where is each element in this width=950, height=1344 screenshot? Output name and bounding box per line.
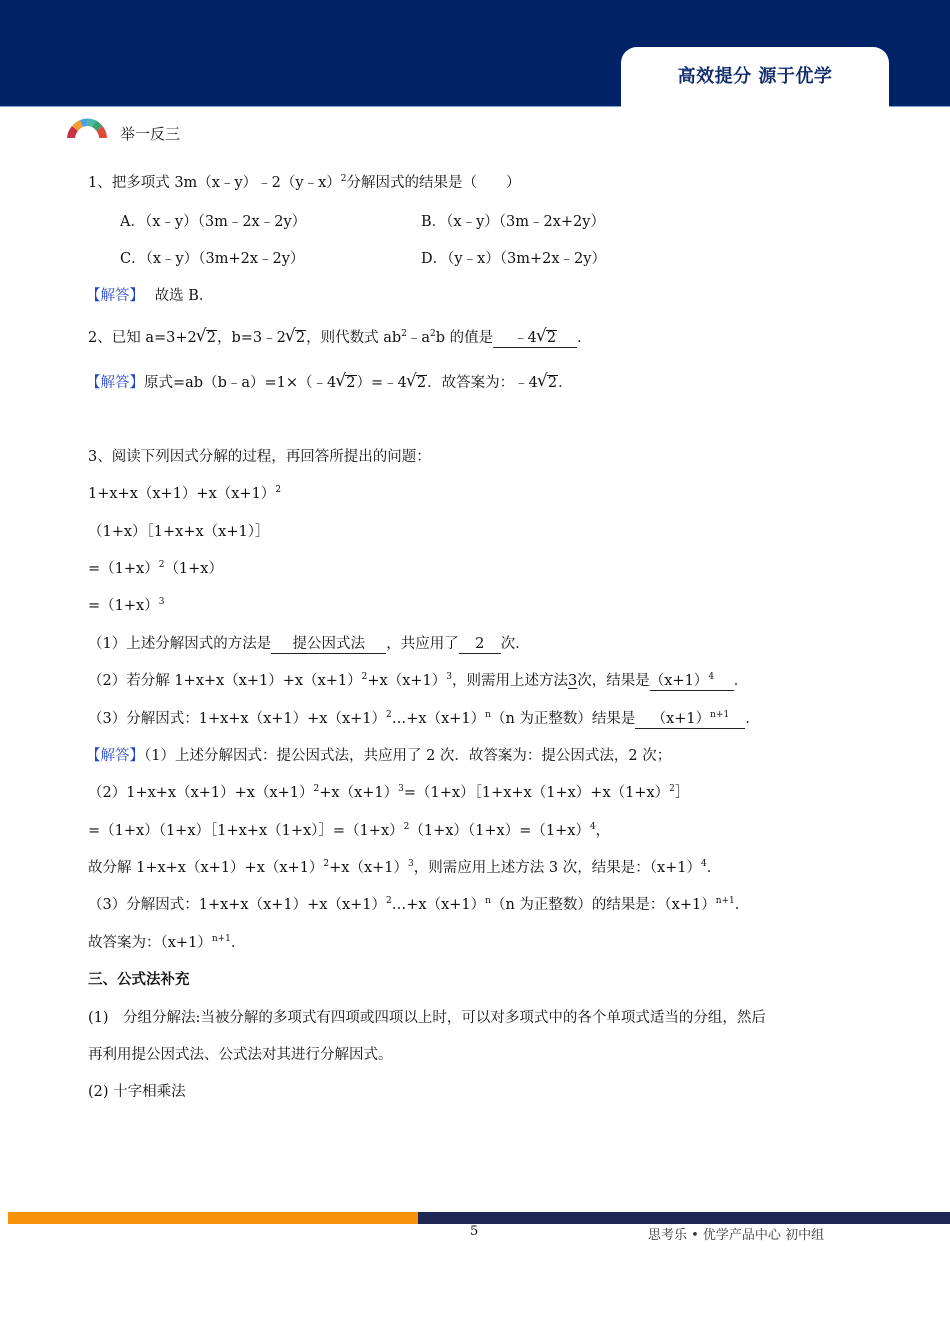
section3-item1-line1: (1) 分组分解法:当被分解的多项式有四项或四项以上时，可以对多项式中的各个单项… — [88, 1008, 766, 1028]
section-title: 举一反三 — [120, 123, 180, 144]
section3-title: 三、公式法补充 — [88, 970, 190, 990]
answer-tag: 【解答】 — [86, 375, 144, 391]
q1-answer-text: 故选 B． — [155, 288, 214, 304]
q1-answer: 【解答】 故选 B． — [86, 286, 213, 306]
q2-text: ，b=3﹣2 — [217, 330, 286, 346]
q3-sub-3: （3）分解因式：1+x+x（x+1）+x（x+1）2…+x（x+1）n（n 为正… — [88, 709, 760, 729]
q2-answer-blank: ﹣42 — [493, 330, 577, 348]
header-banner: 高效提分 源于优学 — [0, 0, 950, 107]
q3-sub2-blank-result: （x+1）4 — [650, 673, 734, 691]
sqrt-2: 2 — [407, 373, 427, 393]
slogan-text: 高效提分 源于优学 — [621, 62, 889, 88]
q1-option-b: B．（x﹣y）（3m﹣2x+2y） — [421, 212, 605, 232]
footer-bar-orange — [8, 1212, 418, 1224]
q3-stem: 3、阅读下列因式分解的过程，再回答所提出的问题： — [88, 447, 431, 467]
sqrt-2: 2 — [336, 373, 356, 393]
q3-sub-1: （1）上述分解因式的方法是提公因式法，共应用了2次． — [88, 634, 530, 654]
sqrt-2: 2 — [197, 328, 217, 348]
q1-option-a: A．（x﹣y）（3m﹣2x﹣2y） — [120, 212, 306, 232]
q2-text: b 的值是 — [436, 330, 493, 346]
q3-answer-1: 【解答】（1）上述分解因式：提公因式法，共应用了 2 次．故答案为：提公因式法，… — [86, 746, 671, 766]
q2-answer: 【解答】原式=ab（b﹣a）=1×（﹣42）=﹣42．故答案为：﹣42． — [86, 373, 573, 393]
q2-text: 2、已知 a=3+2 — [88, 330, 197, 346]
q1-stem-text: 分解因式的结果是（ ） — [347, 175, 521, 191]
answer-tag: 【解答】 — [86, 288, 144, 304]
q2-answer-text: 原式=ab（b﹣a）=1×（﹣4 — [144, 375, 336, 391]
q2-text: ． — [577, 330, 592, 346]
q1-stem-text: 1、把多项式 3m（x﹣y）﹣2（y﹣x） — [88, 175, 341, 191]
q3-step-2: （1+x）［1+x+x（x+1）］ — [88, 522, 269, 542]
q3-sub-2: （2）若分解 1+x+x（x+1）+x（x+1）2+x（x+1）3，则需用上述方… — [88, 671, 748, 691]
q3-sub1-blank-method: 提公因式法 — [271, 636, 386, 654]
q3-step-1: 1+x+x（x+1）+x（x+1）2 — [88, 484, 281, 504]
q3-answer-3: =（1+x）（1+x）［1+x+x（1+x）］=（1+x）2（1+x）（1+x）… — [88, 821, 610, 841]
rainbow-arc-icon — [64, 116, 110, 140]
q3-answer-6: 故答案为：（x+1）n+1． — [88, 933, 245, 953]
q2-text: ﹣a — [407, 330, 430, 346]
slogan-tab: 高效提分 源于优学 — [621, 47, 889, 108]
page-number: 5 — [470, 1224, 478, 1239]
q3-answer-4: 故分解 1+x+x（x+1）+x（x+1）2+x（x+1）3，则需应用上述方法 … — [88, 858, 721, 878]
footer-org: 思考乐 • 优学产品中心 初中组 — [648, 1224, 824, 1243]
q3-sub1-blank-count: 2 — [459, 636, 501, 654]
section3-item1-line2: 再利用提公因式法、公式法对其进行分解因式。 — [88, 1045, 393, 1065]
q3-sub2-blank-count: 3 — [568, 673, 577, 689]
q1-stem: 1、把多项式 3m（x﹣y）﹣2（y﹣x）2分解因式的结果是（ ） — [88, 173, 521, 193]
q3-step-4: =（1+x）3 — [88, 596, 164, 616]
sqrt-2: 2 — [538, 373, 558, 393]
q1-option-c: C．（x﹣y）（3m+2x﹣2y） — [120, 249, 304, 269]
q3-answer-2: （2）1+x+x（x+1）+x（x+1）2+x（x+1）3=（1+x）［1+x+… — [88, 783, 689, 803]
footer-bar-navy — [418, 1212, 950, 1224]
section3-item2: (2) 十字相乘法 — [88, 1082, 186, 1102]
q3-answer-5: （3）分解因式：1+x+x（x+1）+x（x+1）2…+x（x+1）n（n 为正… — [88, 895, 749, 915]
q2-answer-text: ．故答案为：﹣4 — [427, 375, 538, 391]
q1-option-d: D．（y﹣x）（3m+2x﹣2y） — [421, 249, 606, 269]
q2-text: ，则代数式 ab — [306, 330, 401, 346]
q2-answer-text: ）=﹣4 — [357, 375, 407, 391]
answer-tag: 【解答】 — [86, 748, 144, 764]
q2-answer-text: ． — [558, 375, 573, 391]
q3-step-3: =（1+x）2（1+x） — [88, 559, 223, 579]
sqrt-2: 2 — [286, 328, 306, 348]
q3-sub3-blank-result: （x+1）n+1 — [635, 711, 745, 729]
q2-stem: 2、已知 a=3+22，b=3﹣22，则代数式 ab2﹣a2b 的值是﹣42． — [88, 328, 592, 348]
